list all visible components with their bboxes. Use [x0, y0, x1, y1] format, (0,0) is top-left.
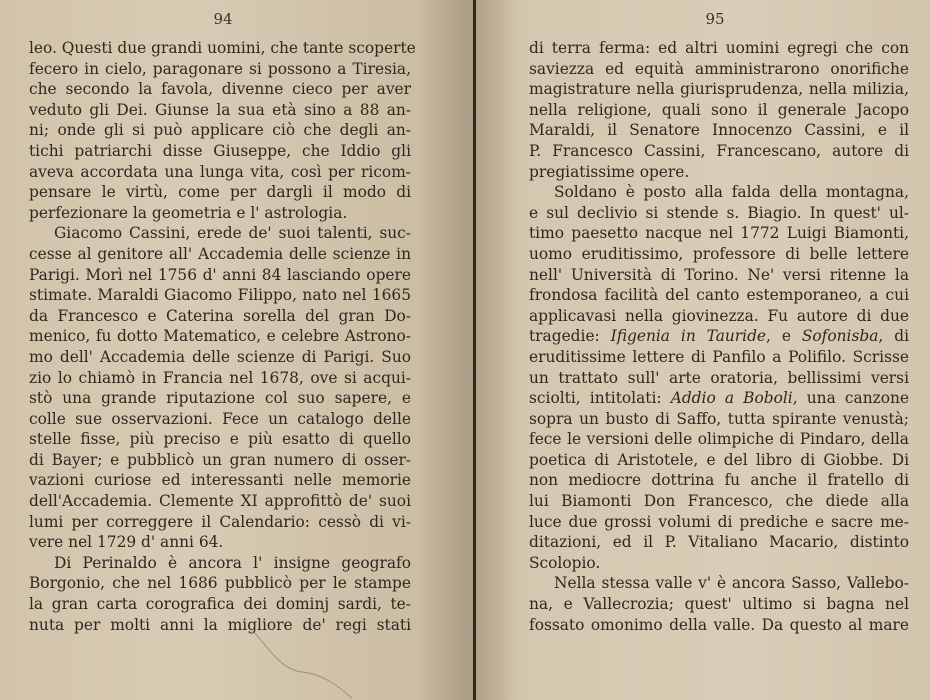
text-run: sciolti, intitolati:	[529, 389, 671, 407]
paragraph-start: Soldano è posto alla falda della montagn…	[529, 182, 909, 203]
text-line: Borgonio, che nel 1686 pubblicò per le s…	[29, 573, 411, 594]
work-title-italic: Sofonisba	[802, 327, 879, 345]
text-line: menico, fu dotto Matematico, e celebre A…	[29, 326, 411, 347]
text-line: la gran carta corografica dei dominj sar…	[29, 594, 411, 615]
paragraph-start: Di Perinaldo è ancora l' insigne geograf…	[29, 553, 411, 574]
text-run: tragedie:	[529, 327, 611, 345]
right-page: 95 di terra ferma: ed altri uomini egreg…	[476, 0, 930, 700]
text-line: colle sue osservazioni. Fece un catalogo…	[29, 409, 411, 430]
text-line: stelle fisse, più preciso e più esatto d…	[29, 429, 411, 450]
paragraph-start: Giacomo Cassini, erede de' suoi talenti,…	[29, 223, 411, 244]
text-line: uomo eruditissimo, professore di belle l…	[529, 244, 909, 265]
text-line: che secondo la favola, divenne cieco per…	[29, 79, 411, 100]
text-run: , una canzone	[793, 389, 909, 407]
book-spread: 94 leo. Questi due grandi uomini, che ta…	[0, 0, 930, 700]
text-line: vere nel 1729 d' anni 64.	[29, 532, 411, 553]
text-line: applicavasi nella giovinezza. Fu autore …	[529, 306, 909, 327]
text-line: poetica di Aristotele, e del libro di Gi…	[529, 450, 909, 471]
text-line: cesse al genitore all' Accademia delle s…	[29, 244, 411, 265]
text-line: di terra ferma: ed altri uomini egregi c…	[529, 38, 909, 59]
text-line: fecero in cielo, paragonare si possono a…	[29, 59, 411, 80]
text-line: stimate. Maraldi Giacomo Filippo, nato n…	[29, 285, 411, 306]
text-line: mo dell' Accademia delle scienze di Pari…	[29, 347, 411, 368]
text-line: pensare le virtù, come per dargli il mod…	[29, 182, 411, 203]
left-page: 94 leo. Questi due grandi uomini, che ta…	[0, 0, 474, 700]
left-page-text: leo. Questi due grandi uomini, che tante…	[29, 38, 411, 635]
text-line: veduto gli Dei. Giunse la sua età sino a…	[29, 100, 411, 121]
text-line: Maraldi, il Senatore Innocenzo Cassini, …	[529, 120, 909, 141]
text-line: pregiatissime opere.	[529, 162, 909, 183]
text-line: Parigi. Morì nel 1756 d' anni 84 lascian…	[29, 265, 411, 286]
text-line: nella religione, quali sono il generale …	[529, 100, 909, 121]
text-line-with-italics: tragedie: Ifigenia in Tauride, e Sofonis…	[529, 326, 909, 347]
text-line: sopra un busto di Saffo, tutta spirante …	[529, 409, 909, 430]
text-line: saviezza ed equità amministrarono onorif…	[529, 59, 909, 80]
text-line: dell'Accademia. Clemente XI approfittò d…	[29, 491, 411, 512]
work-title-italic: Addio a Boboli	[671, 389, 793, 407]
text-line: nell' Università di Torino. Ne' versi ri…	[529, 265, 909, 286]
text-line: lumi per correggere il Calendario: cessò…	[29, 512, 411, 533]
text-line: perfezionare la geometria e l' astrologi…	[29, 203, 411, 224]
text-line: di Bayer; e pubblicò un gran numero di o…	[29, 450, 411, 471]
text-line: P. Francesco Cassini, Francescano, autor…	[529, 141, 909, 162]
text-line: ditazioni, ed il P. Vitaliano Macario, d…	[529, 532, 909, 553]
text-line: fece le versioni delle olimpiche di Pind…	[529, 429, 909, 450]
text-line: Scolopio.	[529, 553, 909, 574]
text-line: eruditissime lettere di Panfilo a Polifi…	[529, 347, 909, 368]
text-line: stò una grande riputazione col suo saper…	[29, 388, 411, 409]
text-line: zio lo chiamò in Francia nel 1678, ove s…	[29, 368, 411, 389]
text-line: tichi patriarchi disse Giuseppe, che Idd…	[29, 141, 411, 162]
work-title-italic: Ifigenia in Tauride	[611, 327, 766, 345]
text-line-with-italics: sciolti, intitolati: Addio a Boboli, una…	[529, 388, 909, 409]
text-line: fossato omonimo della valle. Da questo a…	[529, 615, 909, 636]
paper-crease-mark	[252, 630, 372, 700]
text-line: da Francesco e Caterina sorella del gran…	[29, 306, 411, 327]
text-line: lui Biamonti Don Francesco, che diede al…	[529, 491, 909, 512]
text-run: , di	[878, 327, 909, 345]
text-line: na, e Vallecrozia; quest' ultimo si bagn…	[529, 594, 909, 615]
paragraph-start: Nella stessa valle v' è ancora Sasso, Va…	[529, 573, 909, 594]
text-line: magistrature nella giurisprudenza, nella…	[529, 79, 909, 100]
text-line: e sul declivio si stende s. Biagio. In q…	[529, 203, 909, 224]
text-line: frondosa facilità del canto estemporaneo…	[529, 285, 909, 306]
page-number-left: 94	[0, 10, 446, 28]
text-run: , e	[766, 327, 802, 345]
text-line: un trattato sull' arte oratoria, belliss…	[529, 368, 909, 389]
page-number-right: 95	[476, 10, 930, 28]
text-line: timo paesetto nacque nel 1772 Luigi Biam…	[529, 223, 909, 244]
text-line: leo. Questi due grandi uomini, che tante…	[29, 38, 411, 59]
text-line: aveva accordata una lunga vita, così per…	[29, 162, 411, 183]
right-page-text: di terra ferma: ed altri uomini egregi c…	[529, 38, 909, 635]
text-line: vazioni curiose ed interessanti nelle me…	[29, 470, 411, 491]
text-line: luce due grossi volumi di prediche e sac…	[529, 512, 909, 533]
text-line: ni; onde gli si può applicare ciò che de…	[29, 120, 411, 141]
text-line: non mediocre dottrina fu anche il fratel…	[529, 470, 909, 491]
